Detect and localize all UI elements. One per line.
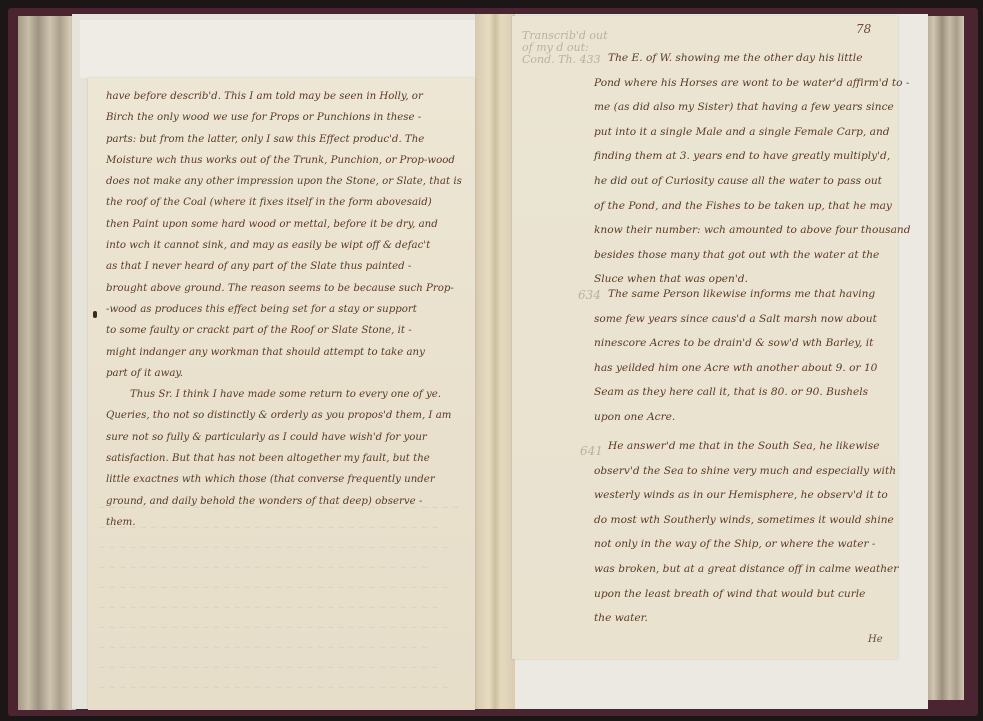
- text-line: upon one Acre.: [594, 405, 877, 430]
- text-line: some few years since caus'd a Salt marsh…: [594, 307, 877, 332]
- right-manuscript-page: 78 Transcrib'd out of my d out: Cond. Th…: [512, 16, 898, 659]
- left-mount-top: [80, 20, 475, 78]
- text-line: besides those many that got out wth the …: [594, 243, 911, 268]
- text-line: Thus Sr. I think I have made some return…: [106, 384, 462, 405]
- text-line: satisfaction. But that has not been alto…: [106, 448, 462, 469]
- text-line: do most wth Southerly winds, sometimes i…: [594, 508, 898, 533]
- text-line: might indanger any workman that should a…: [106, 342, 462, 363]
- text-line: upon the least breath of wind that would…: [594, 582, 898, 607]
- text-line: -wood as produces this effect being set …: [106, 299, 462, 320]
- right-leaf-edges: [926, 16, 964, 700]
- left-manuscript-page: ~ ~ ~ ~ ~ ~ ~ ~ ~ ~ ~ ~ ~ ~ ~ ~ ~ ~ ~ ~ …: [88, 78, 475, 710]
- text-line: He answer'd me that in the South Sea, he…: [594, 434, 898, 459]
- text-line: them.: [106, 512, 462, 533]
- catchword: He: [868, 634, 883, 645]
- text-line: finding them at 3. years end to have gre…: [594, 144, 911, 169]
- text-line: little exactnes wth which those (that co…: [106, 469, 462, 490]
- folio-number: 78: [856, 22, 871, 36]
- paragraph-1: The E. of W. showing me the other day hi…: [594, 46, 911, 292]
- text-line: to some faulty or crackt part of the Roo…: [106, 320, 462, 341]
- text-line: then Paint upon some hard wood or mettal…: [106, 214, 462, 235]
- text-line: not only in the way of the Ship, or wher…: [594, 532, 898, 557]
- text-line: ground, and daily behold the wonders of …: [106, 491, 462, 512]
- left-page-text: have before describ'd. This I am told ma…: [106, 86, 462, 533]
- paragraph-2: The same Person likewise informs me that…: [594, 282, 877, 430]
- text-line: Pond where his Horses are wont to be wat…: [594, 71, 911, 96]
- text-line: has yeilded him one Acre wth another abo…: [594, 356, 877, 381]
- text-line: parts: but from the latter, only I saw t…: [106, 129, 462, 150]
- text-line: he did out of Curiosity cause all the wa…: [594, 169, 911, 194]
- text-line: Moisture wch thus works out of the Trunk…: [106, 150, 462, 171]
- text-line: does not make any other impression upon …: [106, 171, 462, 192]
- text-line: observ'd the Sea to shine very much and …: [594, 459, 898, 484]
- text-line: Queries, tho not so distinctly & orderly…: [106, 405, 462, 426]
- text-line: ninescore Acres to be drain'd & sow'd wt…: [594, 331, 877, 356]
- text-line: sure not so fully & particularly as I co…: [106, 427, 462, 448]
- book-gutter: [475, 14, 515, 709]
- text-line: Birch the only wood we use for Props or …: [106, 107, 462, 128]
- text-line: have before describ'd. This I am told ma…: [106, 86, 462, 107]
- text-line: the roof of the Coal (where it fixes its…: [106, 192, 462, 213]
- text-line: was broken, but at a great distance off …: [594, 557, 898, 582]
- text-line: part of it away.: [106, 363, 462, 384]
- binding-hole: [93, 311, 97, 318]
- text-line: The E. of W. showing me the other day hi…: [594, 46, 911, 71]
- text-line: put into it a single Male and a single F…: [594, 120, 911, 145]
- text-line: the water.: [594, 606, 898, 631]
- text-line: know their number: wch amounted to above…: [594, 218, 911, 243]
- text-line: The same Person likewise informs me that…: [594, 282, 877, 307]
- text-line: into wch it cannot sink, and may as easi…: [106, 235, 462, 256]
- text-line: brought above ground. The reason seems t…: [106, 278, 462, 299]
- text-line: me (as did also my Sister) that having a…: [594, 95, 911, 120]
- text-line: of the Pond, and the Fishes to be taken …: [594, 194, 911, 219]
- text-line: westerly winds as in our Hemisphere, he …: [594, 483, 898, 508]
- left-leaf-edges: [18, 16, 76, 710]
- paragraph-3: He answer'd me that in the South Sea, he…: [594, 434, 898, 631]
- text-line: Seam as they here call it, that is 80. o…: [594, 380, 877, 405]
- text-line: as that I never heard of any part of the…: [106, 256, 462, 277]
